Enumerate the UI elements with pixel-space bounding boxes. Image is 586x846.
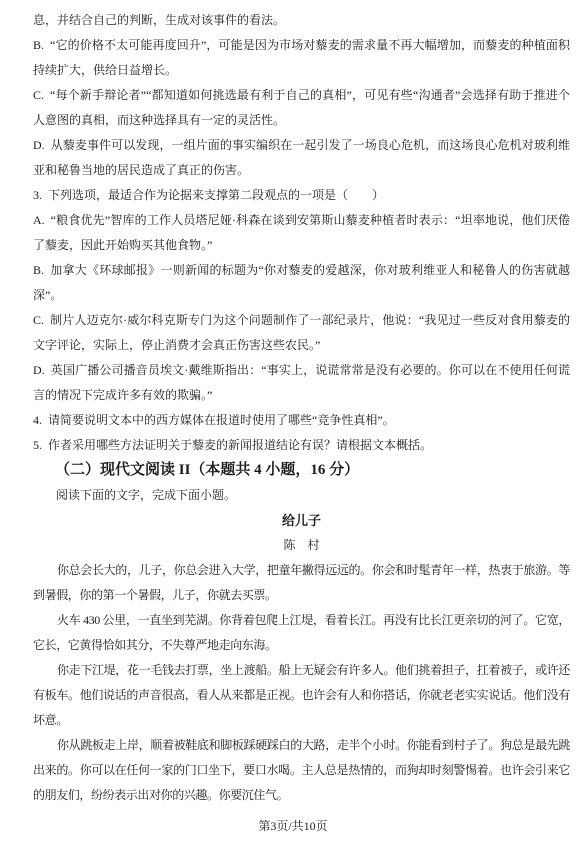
q3-option-d: D.英国广播公司播音员埃文·戴维斯指出：“事实上，说谎常常是没有必要的。你可以在… <box>33 358 570 408</box>
q3-option-c: C.制片人迈克尔·威尔科克斯专门为这个问题制作了一部纪录片，他说：“我见过一些反… <box>33 308 570 358</box>
option-text: “粮食优先”智库的工作人员塔尼娅·科森在谈到安第斯山藜麦种植者时表示：“坦率地说… <box>33 213 570 252</box>
exam-page: 息，并结合自己的判断，生成对该事件的看法。 B.“它的价格不太可能再度回升”，可… <box>0 0 586 846</box>
question-text: 请简要说明文本中的西方媒体在报道时使用了哪些“竞争性真相”。 <box>48 413 395 427</box>
option-label: C. <box>33 313 44 327</box>
essay-title: 给儿子 <box>33 508 570 533</box>
essay-paragraph-3: 你走下江堤，花一毛钱去打票，坐上渡船。船上无疑会有许多人。他们挑着担子，扛着被子… <box>33 658 570 733</box>
carryover-line: 息，并结合自己的判断，生成对该事件的看法。 <box>33 8 570 33</box>
section-2-heading: （二）现代文阅读 II（本题共 4 小题，16 分） <box>33 458 570 483</box>
q3-stem: 3.下列选项，最适合作为论据来支撑第二段观点的一项是（ ） <box>33 183 570 208</box>
essay-author: 陈 村 <box>33 533 570 558</box>
question-number: 3. <box>33 188 42 202</box>
essay-paragraph-1: 你总会长大的，儿子，你总会进入大学，把童年撇得远远的。你会和时髦青年一样，热衷于… <box>33 558 570 608</box>
option-label: A. <box>33 213 45 227</box>
question-5: 5.作者采用哪些方法证明关于藜麦的新闻报道结论有误？请根据文本概括。 <box>33 433 570 458</box>
option-text: 加拿大《环球邮报》一则新闻的标题为“你对藜麦的爱越深，你对玻利维亚人和秘鲁人的伤… <box>33 263 570 302</box>
option-label: B. <box>33 38 44 52</box>
option-label: C. <box>33 88 44 102</box>
option-label: D. <box>33 138 45 152</box>
reading-instruction: 阅读下面的文字，完成下面小题。 <box>33 483 570 508</box>
option-label: D. <box>33 363 45 377</box>
essay-paragraph-2: 火车 430 公里，一直坐到芜湖。你背着包爬上江堤，看着长江。再没有比长江更亲切… <box>33 608 570 658</box>
question-number: 4. <box>33 413 42 427</box>
q2-option-c: C.“每个新手辩论者”“都知道如何挑选最有利于自己的真相”，可见有些“沟通者”会… <box>33 83 570 133</box>
question-text: 作者采用哪些方法证明关于藜麦的新闻报道结论有误？请根据文本概括。 <box>48 438 432 452</box>
question-4: 4.请简要说明文本中的西方媒体在报道时使用了哪些“竞争性真相”。 <box>33 408 570 433</box>
q3-option-b: B.加拿大《环球邮报》一则新闻的标题为“你对藜麦的爱越深，你对玻利维亚人和秘鲁人… <box>33 258 570 308</box>
option-text: 从藜麦事件可以发现，一组片面的事实编织在一起引发了一场良心危机，而这场良心危机对… <box>33 138 570 177</box>
option-text: “每个新手辩论者”“都知道如何挑选最有利于自己的真相”，可见有些“沟通者”会选择… <box>33 88 570 127</box>
question-number: 5. <box>33 438 42 452</box>
q2-option-b: B.“它的价格不太可能再度回升”，可能是因为市场对藜麦的需求量不再大幅增加，而藜… <box>33 33 570 83</box>
q2-option-d: D.从藜麦事件可以发现，一组片面的事实编织在一起引发了一场良心危机，而这场良心危… <box>33 133 570 183</box>
question-text: 下列选项，最适合作为论据来支撑第二段观点的一项是（ ） <box>48 188 384 202</box>
essay-paragraph-4: 你从跳板走上岸，顺着被鞋底和脚板踩硬踩白的大路，走半个小时。你能看到村子了。狗总… <box>33 733 570 808</box>
page-footer: 第3页/共10页 <box>0 817 586 834</box>
option-label: B. <box>33 263 44 277</box>
option-text: “它的价格不太可能再度回升”，可能是因为市场对藜麦的需求量不再大幅增加，而藜麦的… <box>33 38 570 77</box>
option-text: 英国广播公司播音员埃文·戴维斯指出：“事实上，说谎常常是没有必要的。你可以在不使… <box>33 363 570 402</box>
q3-option-a: A.“粮食优先”智库的工作人员塔尼娅·科森在谈到安第斯山藜麦种植者时表示：“坦率… <box>33 208 570 258</box>
option-text: 制片人迈克尔·威尔科克斯专门为这个问题制作了一部纪录片，他说：“我见过一些反对食… <box>33 313 570 352</box>
